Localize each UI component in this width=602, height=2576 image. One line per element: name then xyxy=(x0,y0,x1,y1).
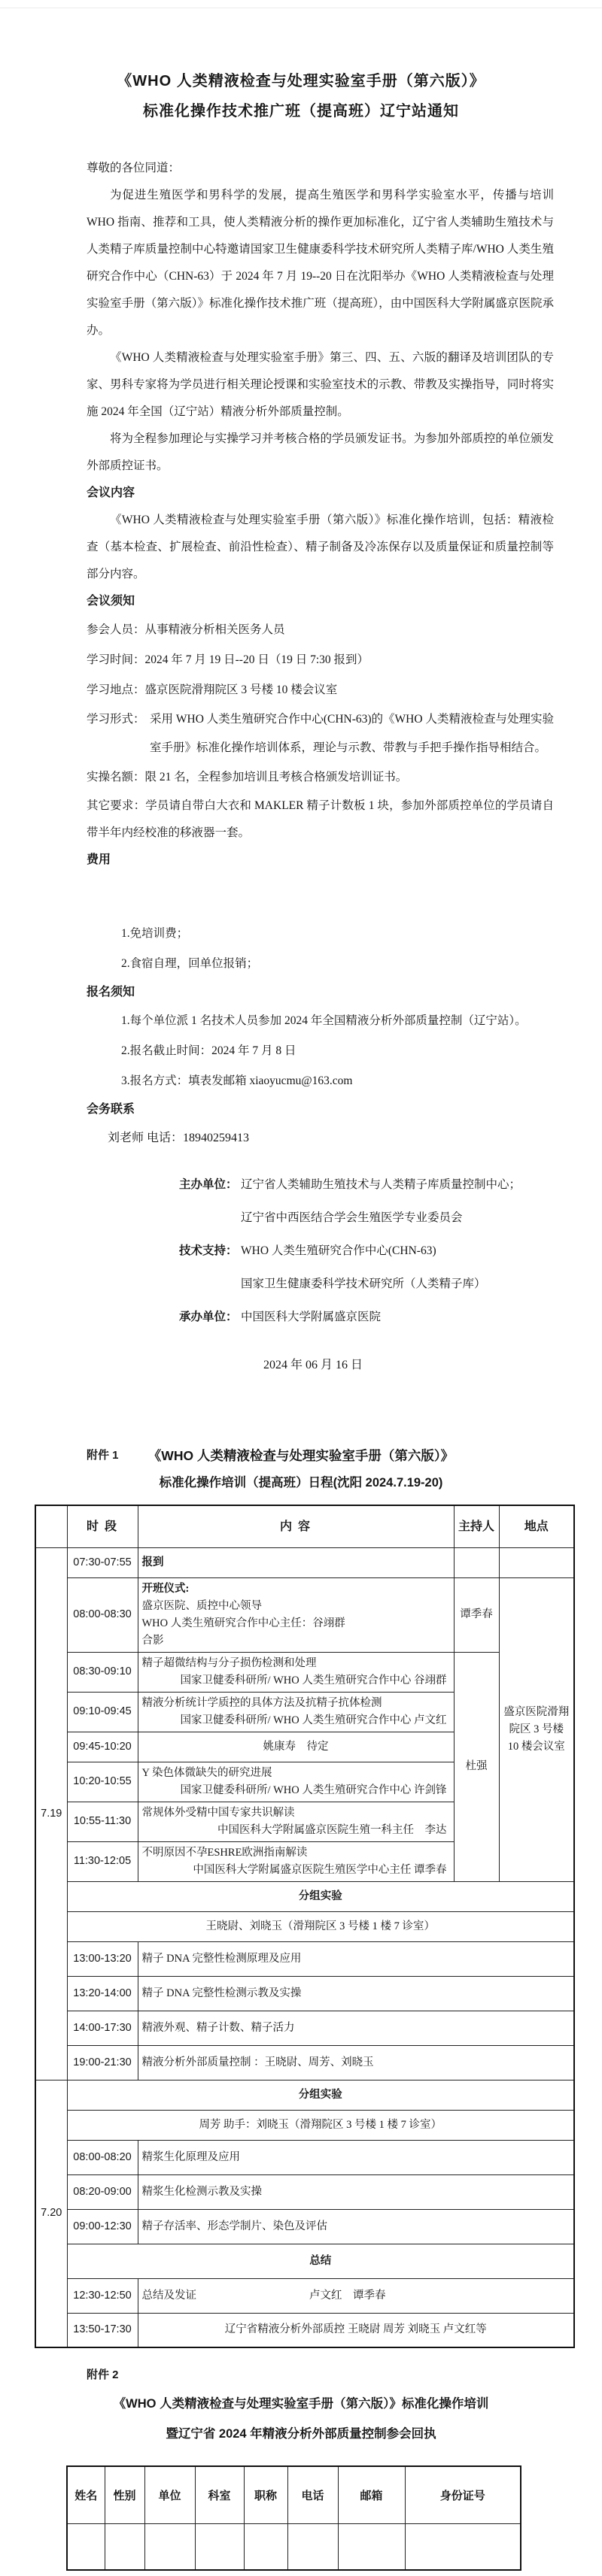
day-2-label: 7.20 xyxy=(35,2080,67,2347)
empty-cell-name xyxy=(67,2523,105,2570)
study-form-label: 学习形式： xyxy=(87,705,150,762)
signup-item-3: 3.报名方式：填表发邮箱 xiaoyucmu@163.com xyxy=(87,1066,554,1096)
schedule-row: 13:00-13:20 精子 DNA 完整性检测原理及应用 xyxy=(35,1941,574,1976)
notice-section: 《WHO 人类精液检查与处理实验室手册（第六版）》 标准化操作技术推广班（提高班… xyxy=(0,0,602,1432)
schedule-row: 09:00-12:30 精子存活率、形态学制片、染色及评估 xyxy=(35,2209,574,2244)
schedule-row: 13:50-17:30 辽宁省精液分析外部质控 王晓尉 周芳 刘晓玉 卢文红等 xyxy=(35,2313,574,2347)
undertake-label: 承办单位： xyxy=(179,1301,241,1334)
organizers-block: 主办单位： 辽宁省人类辅助生殖技术与人类精子库质量控制中心； 辽宁省中西医结合学… xyxy=(179,1168,602,1334)
heading-meeting-notes: 会议须知 xyxy=(87,588,554,615)
reply-header-row: 姓名 性别 单位 科室 职称 电话 邮箱 身份证号 xyxy=(67,2466,521,2523)
col-unit: 单位 xyxy=(144,2466,195,2523)
attachment2-label-row: 附件 2 xyxy=(0,2363,602,2389)
item-attendees: 参会人员：从事精液分析相关医务人员 xyxy=(87,615,554,645)
attachment1-title-line1: 《WHO 人类精液检查与处理实验室手册（第六版）》 xyxy=(148,1448,454,1463)
schedule-row: 08:20-09:00 精浆生化检测示教及实操 xyxy=(35,2174,574,2209)
schedule-row: 14:00-17:30 精液外观、精子计数、精子活力 xyxy=(35,2011,574,2045)
attachment2-section: 附件 2 《WHO 人类精液检查与处理实验室手册（第六版）》标准化操作培训 暨辽… xyxy=(0,2348,602,2571)
attachment1-title-row: 附件 1 《WHO 人类精液检查与处理实验室手册（第六版）》 xyxy=(0,1441,602,1470)
empty-cell-id xyxy=(405,2523,521,2570)
heading-fee: 费用 xyxy=(87,847,554,874)
reply-slip-table: 姓名 性别 单位 科室 职称 电话 邮箱 身份证号 xyxy=(66,2465,521,2571)
empty-cell-unit xyxy=(144,2523,195,2570)
signup-item-2: 2.报名截止时间：2024 年 7 月 8 日 xyxy=(87,1036,554,1066)
empty-cell-title xyxy=(244,2523,287,2570)
item-study-time: 学习时间：2024 年 7 月 19 日--20 日（19 日 7:30 报到） xyxy=(87,645,554,675)
schedule-row: 13:20-14:00 精子 DNA 完整性检测示教及实操 xyxy=(35,1976,574,2011)
host-label: 主办单位： xyxy=(179,1168,241,1202)
col-header-location: 地点 xyxy=(499,1505,574,1547)
col-email: 邮箱 xyxy=(338,2466,405,2523)
col-id-number: 身份证号 xyxy=(405,2466,521,2523)
schedule-row: 12:30-12:50 总结及发证 卢文红 谭季春 xyxy=(35,2278,574,2313)
paragraph-certificate: 将为全程参加理论与实操学习并考核合格的学员颁发证书。为参加外部质控的单位颁发外部… xyxy=(87,426,554,480)
col-phone: 电话 xyxy=(287,2466,338,2523)
attachment1-label: 附件 1 xyxy=(87,1441,119,1470)
schedule-table: 时 段 内 容 主持人 地点 7.19 07:30-07:55 报到 08:00… xyxy=(35,1505,575,2348)
attachment2-title-line1: 《WHO 人类精液检查与处理实验室手册（第六版）》标准化操作培训 xyxy=(0,2389,602,2419)
empty-cell-department xyxy=(195,2523,244,2570)
item-other-requirements: 其它要求：学员请自带白大衣和 MAKLER 精子计数板 1 块，参加外部质控单位… xyxy=(87,792,554,847)
organizer-host-row2: 辽宁省中西医结合学会生殖医学专业委员会 xyxy=(179,1202,602,1235)
attachment1-section: 附件 1 《WHO 人类精液检查与处理实验室手册（第六版）》 标准化操作培训（提… xyxy=(0,1432,602,2348)
tech-support-label: 技术支持： xyxy=(179,1235,241,1268)
day-1-label: 7.19 xyxy=(35,1547,67,2080)
host-value: 辽宁省人类辅助生殖技术与人类精子库质量控制中心； xyxy=(241,1168,528,1202)
schedule-row: 王晓尉、刘晓玉（滑翔院区 3 号楼 1 楼 7 诊室） xyxy=(35,1911,574,1941)
col-header-host: 主持人 xyxy=(454,1505,499,1547)
study-form-value: 采用 WHO 人类生殖研究合作中心(CHN-63)的《WHO 人类精液检查与处理… xyxy=(150,705,554,762)
col-header-time: 时 段 xyxy=(67,1505,138,1547)
schedule-header-row: 时 段 内 容 主持人 地点 xyxy=(35,1505,574,1547)
organizer-tech-row: 技术支持： WHO 人类生殖研究合作中心(CHN-63) xyxy=(179,1235,602,1268)
organizer-undertake-row: 承办单位： 中国医科大学附属盛京医院 xyxy=(179,1301,602,1334)
empty-cell-phone xyxy=(287,2523,338,2570)
schedule-row: 19:00-21:30 精液分析外部质量控制 ：王晓尉、周芳、刘晓玉 xyxy=(35,2045,574,2080)
heading-meeting-content: 会议内容 xyxy=(87,480,554,507)
schedule-row-group-lab: 分组实验 xyxy=(35,1881,574,1911)
host-du-qiang: 杜强 xyxy=(454,1652,499,1881)
contact-person-phone: 刘老师 电话：18940259413 xyxy=(87,1123,554,1153)
heading-conference-contact: 会务联系 xyxy=(87,1096,554,1123)
reply-empty-row xyxy=(67,2523,521,2570)
schedule-row: 周芳 助手：刘晓玉（滑翔院区 3 号楼 1 楼 7 诊室） xyxy=(35,2110,574,2140)
document-title-line1: 《WHO 人类精液检查与处理实验室手册（第六版）》 xyxy=(0,66,602,96)
undertake-value: 中国医科大学附属盛京医院 xyxy=(241,1301,528,1334)
col-title: 职称 xyxy=(244,2466,287,2523)
attachment1-title-line2: 标准化操作培训（提高班）日程(沈阳 2024.7.19-20) xyxy=(0,1470,602,1496)
location-merged: 盛京医院滑翔院区 3 号楼 10 楼会议室 xyxy=(499,1577,574,1881)
fee-item-2: 2.食宿自理，回单位报销； xyxy=(87,949,554,979)
heading-signup-notes: 报名须知 xyxy=(87,979,554,1006)
col-header-content: 内 容 xyxy=(138,1505,454,1547)
schedule-row: 7.19 07:30-07:55 报到 xyxy=(35,1547,574,1577)
item-study-form: 学习形式： 采用 WHO 人类生殖研究合作中心(CHN-63)的《WHO 人类精… xyxy=(87,705,554,762)
item-quota: 实操名额：限 21 名，全程参加培训且考核合格颁发培训证书。 xyxy=(87,762,554,792)
attachment2-title-line2: 暨辽宁省 2024 年精液分析外部质量控制参会回执 xyxy=(0,2419,602,2449)
schedule-row: 08:30-09:10 精子超微结构与分子损伤检测和处理 国家卫健委科研所/ W… xyxy=(35,1652,574,1692)
col-name: 姓名 xyxy=(67,2466,105,2523)
schedule-row: 08:00-08:30 开班仪式: 盛京医院、质控中心领导 WHO 人类生殖研究… xyxy=(35,1577,574,1652)
paragraph-meeting-content: 《WHO 人类精液检查与处理实验室手册（第六版）》标准化操作培训，包括：精液检查… xyxy=(87,507,554,588)
item-study-place: 学习地点：盛京医院滑翔院区 3 号楼 10 楼会议室 xyxy=(87,675,554,705)
tech-support-value: WHO 人类生殖研究合作中心(CHN-63) xyxy=(241,1235,528,1268)
fee-blank-space xyxy=(87,874,554,919)
salutation: 尊敬的各位同道： xyxy=(87,155,554,182)
host-tan-jichun: 谭季春 xyxy=(454,1577,499,1652)
organizer-tech-row2: 国家卫生健康委科学技术研究所（人类精子库） xyxy=(179,1268,602,1301)
organizer-host-row: 主办单位： 辽宁省人类辅助生殖技术与人类精子库质量控制中心； xyxy=(179,1168,602,1202)
col-gender: 性别 xyxy=(105,2466,144,2523)
document-date: 2024 年 06 月 16 日 xyxy=(0,1350,602,1380)
empty-cell-gender xyxy=(105,2523,144,2570)
document-title-line2: 标准化操作技术推广班（提高班）辽宁站通知 xyxy=(0,96,602,126)
document-page: 《WHO 人类精液检查与处理实验室手册（第六版）》 标准化操作技术推广班（提高班… xyxy=(0,0,602,2576)
signup-item-1: 1.每个单位派 1 名技术人员参加 2024 年全国精液分析外部质量控制（辽宁站… xyxy=(87,1006,554,1036)
host-value-2: 辽宁省中西医结合学会生殖医学专业委员会 xyxy=(241,1202,528,1235)
col-department: 科室 xyxy=(195,2466,244,2523)
fee-item-1: 1.免培训费； xyxy=(87,919,554,949)
schedule-row-summary: 总结 xyxy=(35,2244,574,2278)
schedule-row: 08:00-08:20 精浆生化原理及应用 xyxy=(35,2140,574,2174)
attachment2-label: 附件 2 xyxy=(87,2366,119,2382)
paragraph-faculty: 《WHO 人类精液检查与处理实验室手册》第三、四、五、六版的翻译及培训团队的专家… xyxy=(87,344,554,426)
schedule-row-group-lab-day2: 7.20 分组实验 xyxy=(35,2080,574,2110)
paragraph-intro: 为促进生殖医学和男科学的发展，提高生殖医学和男科学实验室水平，传播与培训 WHO… xyxy=(87,182,554,344)
empty-cell-email xyxy=(338,2523,405,2570)
tech-support-value-2: 国家卫生健康委科学技术研究所（人类精子库） xyxy=(241,1268,528,1301)
